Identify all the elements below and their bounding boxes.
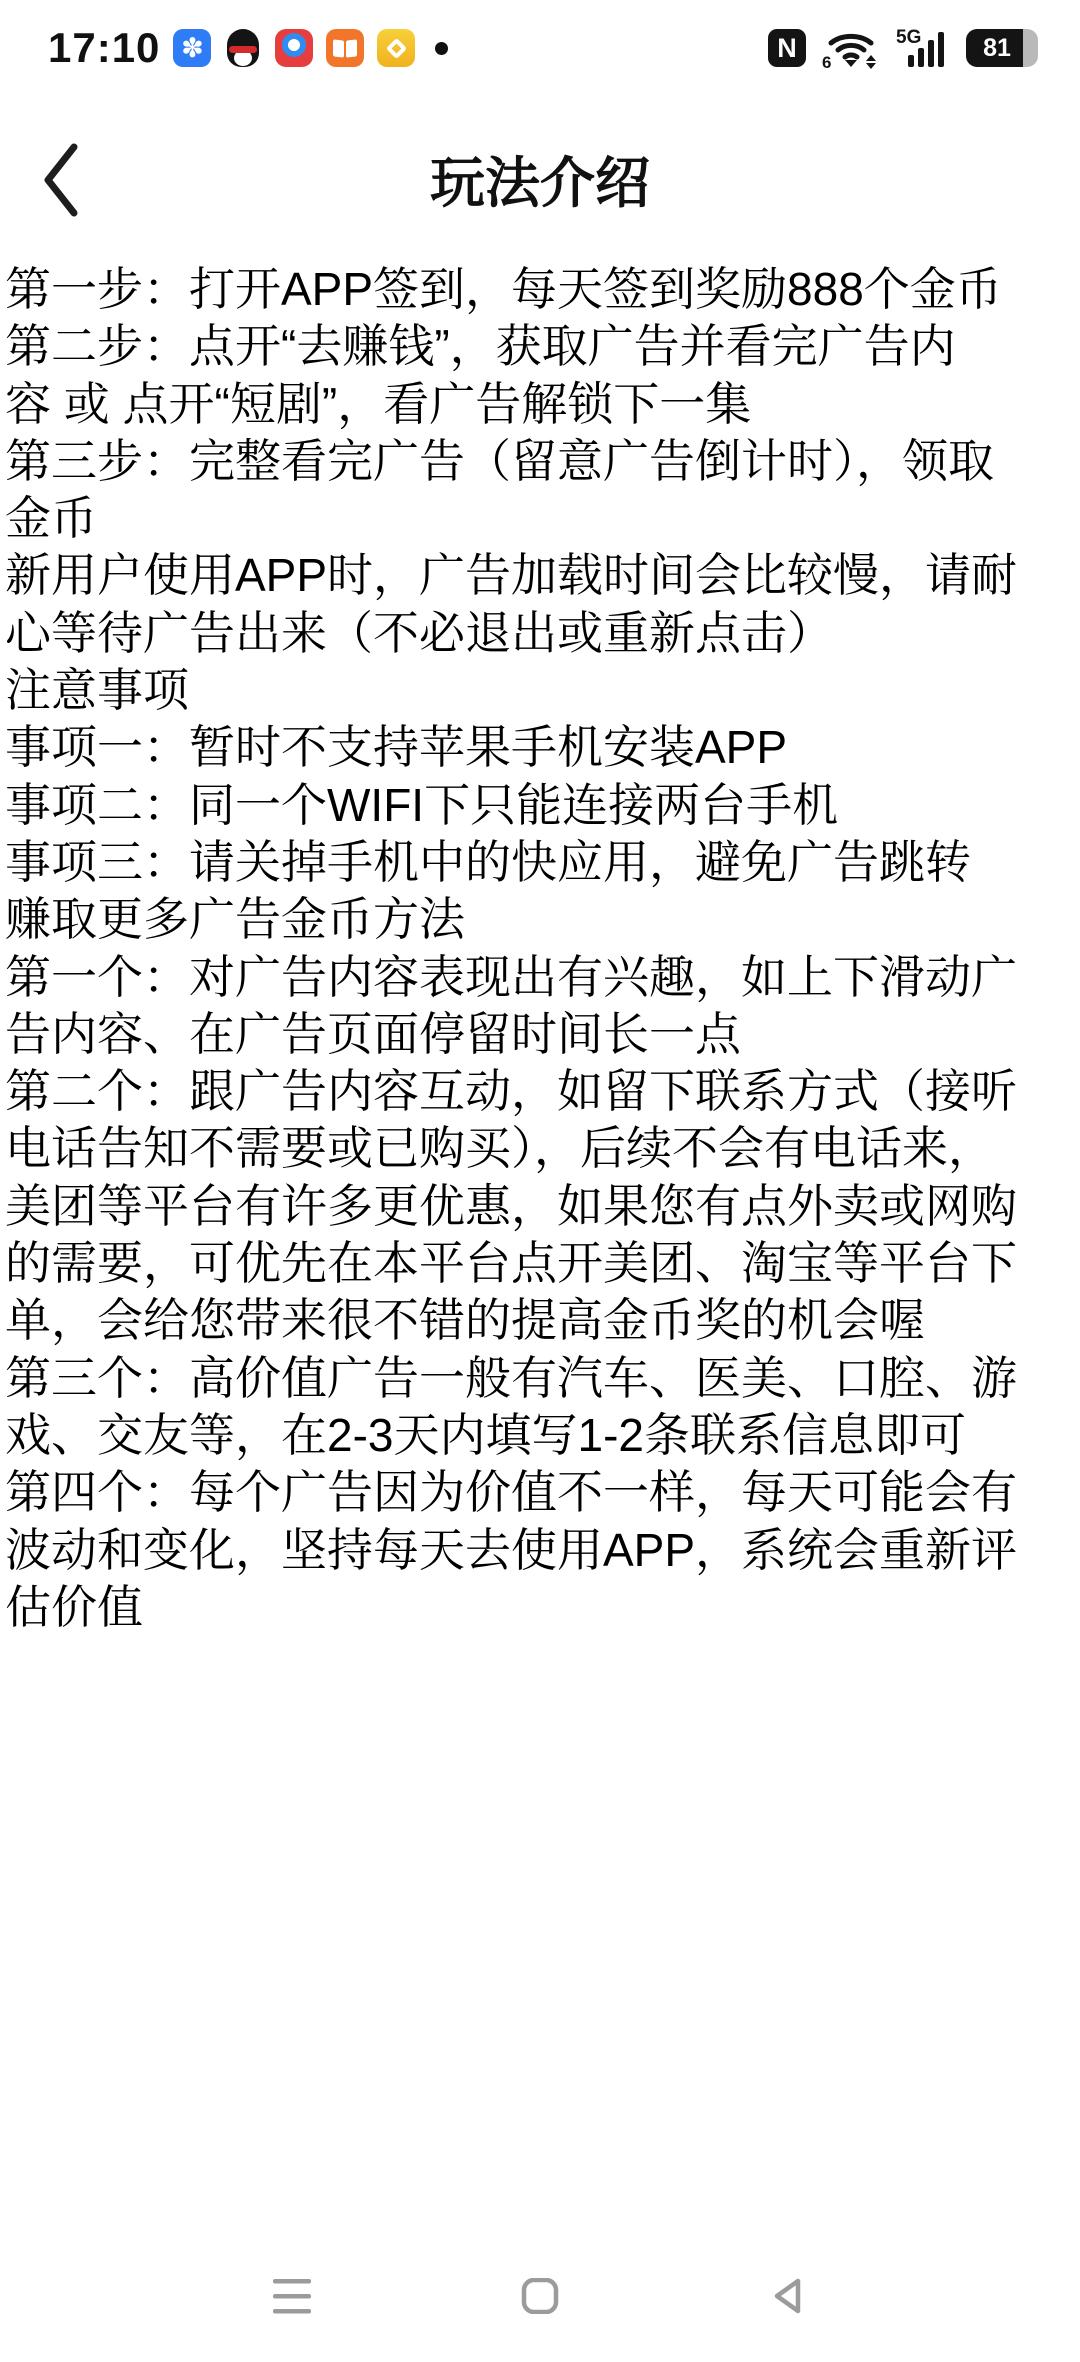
text-line: 第二步：点开“去赚钱”，获取广告并看完广告内	[5, 318, 1075, 375]
text-line: 戏、交友等，在2-3天内填写1-2条联系信息即可	[5, 1407, 1075, 1464]
text-line: 注意事项	[5, 662, 1075, 719]
recents-menu-button[interactable]	[273, 2277, 311, 2315]
battery-icon: 81	[966, 29, 1038, 67]
qq-app-icon	[224, 29, 262, 67]
text-line: 第三步：完整看完广告（留意广告倒计时），领取	[5, 433, 1075, 490]
text-line: 第二个：跟广告内容互动，如留下联系方式（接听	[5, 1063, 1075, 1120]
status-bar-right: N 6 5G	[752, 27, 1038, 69]
text-line: 事项三：请关掉手机中的快应用，避免广告跳转	[5, 834, 1075, 891]
diamond-glyph	[386, 37, 407, 58]
page-title: 玩法介绍	[0, 96, 1080, 260]
pinwheel-glyph: ✽	[181, 35, 204, 62]
text-line: 金币	[5, 490, 1075, 547]
text-line: 新用户使用APP时，广告加载时间会比较慢，请耐	[5, 547, 1075, 604]
home-button[interactable]	[521, 2277, 559, 2315]
text-line: 心等待广告出来（不必退出或重新点击）	[5, 605, 1075, 662]
text-line: 容 或 点开“短剧”，看广告解锁下一集	[5, 376, 1075, 433]
reader-app-icon	[326, 29, 364, 67]
text-line: 告内容、在广告页面停留时间长一点	[5, 1006, 1075, 1063]
text-line: 赚取更多广告金币方法	[5, 891, 1075, 948]
text-line: 波动和变化，坚持每天去使用APP，系统会重新评	[5, 1522, 1075, 1579]
home-icon	[521, 2278, 559, 2314]
recents-menu-icon	[273, 2278, 311, 2314]
more-notifications-dot	[435, 42, 448, 55]
text-line: 的需要，可优先在本平台点开美团、淘宝等平台下	[5, 1235, 1075, 1292]
battery-percent: 81	[983, 34, 1011, 63]
text-line: 美团等平台有许多更优惠，如果您有点外卖或网购	[5, 1178, 1075, 1235]
text-line: 电话告知不需要或已购买），后续不会有电话来，	[5, 1120, 1075, 1177]
browser-ring	[282, 33, 306, 57]
text-line: 估价值	[5, 1579, 1075, 1636]
text-line: 单，会给您带来很不错的提高金币奖的机会喔	[5, 1292, 1075, 1349]
vip-app-icon	[377, 29, 415, 67]
text-line: 第一个：对广告内容表现出有兴趣，如上下滑动广	[5, 949, 1075, 1006]
back-triangle-icon	[769, 2277, 807, 2315]
text-line: 事项一：暂时不支持苹果手机安装APP	[5, 719, 1075, 776]
instructions-text: 第一步：打开APP签到，每天签到奖励888个金币第二步：点开“去赚钱”，获取广告…	[0, 261, 1080, 1636]
header: 玩法介绍	[0, 96, 1080, 260]
text-line: 事项二：同一个WIFI下只能连接两台手机	[5, 777, 1075, 834]
status-bar: 17:10 ✽ N	[0, 0, 1080, 96]
wifi-icon: 6	[822, 27, 880, 69]
text-line: 第一步：打开APP签到，每天签到奖励888个金币	[5, 261, 1075, 318]
android-nav-bar	[0, 2258, 1080, 2334]
qq-browser-app-icon	[275, 29, 313, 67]
qq-scarf	[229, 46, 257, 53]
chevron-left-icon	[38, 142, 86, 218]
status-bar-left: 17:10 ✽	[48, 24, 448, 72]
back-nav-button[interactable]	[769, 2277, 807, 2315]
text-line: 第四个：每个广告因为价值不一样，每天可能会有	[5, 1464, 1075, 1521]
clock: 17:10	[48, 24, 160, 72]
svg-text:6: 6	[822, 53, 831, 69]
nfc-icon: N	[768, 29, 806, 67]
network-type-label: 5G	[896, 27, 921, 48]
pinwheel-app-icon: ✽	[173, 29, 211, 67]
back-button[interactable]	[38, 142, 86, 218]
text-line: 第三个：高价值广告一般有汽车、医美、口腔、游	[5, 1350, 1075, 1407]
cellular-signal-icon: 5G	[896, 27, 950, 69]
open-book-glyph	[333, 40, 357, 57]
